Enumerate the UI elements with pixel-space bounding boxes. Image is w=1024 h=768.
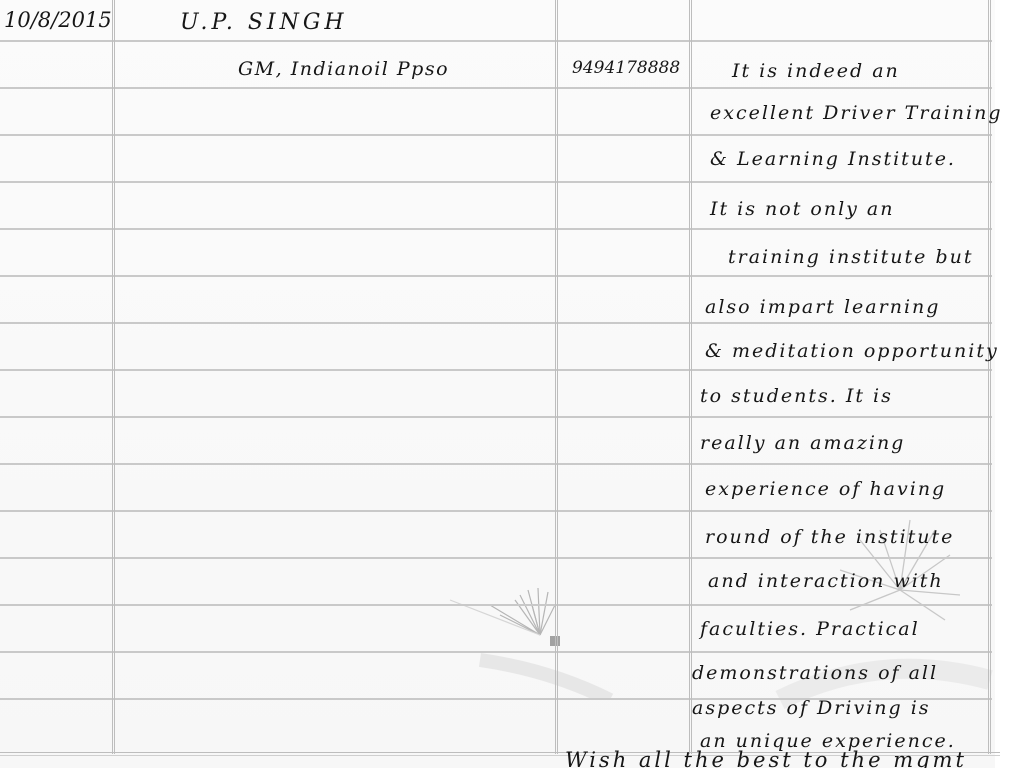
ruled-line — [0, 604, 992, 606]
remarks-line: It is not only an — [710, 198, 895, 220]
column-divider-date — [112, 0, 115, 754]
entry-phone: 9494178888 — [572, 58, 680, 78]
ruled-line — [0, 651, 992, 653]
remarks-line: & Learning Institute. — [710, 148, 956, 170]
ruled-line — [0, 228, 992, 230]
ruled-line — [0, 134, 992, 136]
ruled-line — [0, 416, 992, 418]
ruled-line — [0, 510, 992, 512]
ruled-line — [0, 322, 992, 324]
remarks-line: to students. It is — [700, 385, 893, 407]
remarks-line: demonstrations of all — [692, 662, 938, 684]
remarks-line: It is indeed an — [732, 60, 900, 82]
remarks-line: & meditation opportunity — [705, 340, 999, 362]
remarks-line: excellent Driver Training — [710, 102, 1003, 124]
remarks-line: and interaction with — [708, 570, 944, 592]
ruled-line — [0, 87, 992, 89]
entry-remarks-overflow: Wish all the best to the mgmt — [565, 748, 967, 768]
remarks-line: also impart learning — [705, 296, 940, 318]
remarks-line: round of the institute — [705, 526, 954, 548]
column-divider-name — [555, 0, 558, 754]
remarks-line: aspects of Driving is — [692, 697, 931, 719]
remarks-line: training institute but — [728, 246, 973, 268]
ruled-line — [0, 463, 992, 465]
ruled-line — [0, 275, 992, 277]
register-page: 10/8/2015 U.P. SINGH GM, Indianoil Ppso … — [0, 0, 1024, 768]
ruled-line — [0, 557, 992, 559]
ruled-line — [0, 181, 992, 183]
ruled-line — [0, 369, 992, 371]
entry-designation: GM, Indianoil Ppso — [238, 58, 449, 80]
remarks-line: really an amazing — [700, 432, 905, 454]
ruled-line — [0, 40, 992, 42]
remarks-line: faculties. Practical — [700, 618, 920, 640]
entry-date: 10/8/2015 — [4, 8, 112, 32]
entry-name: U.P. SINGH — [180, 10, 348, 35]
remarks-line: experience of having — [705, 478, 946, 500]
flower-watermark-icon — [420, 560, 620, 700]
column-divider-phone — [689, 0, 692, 754]
